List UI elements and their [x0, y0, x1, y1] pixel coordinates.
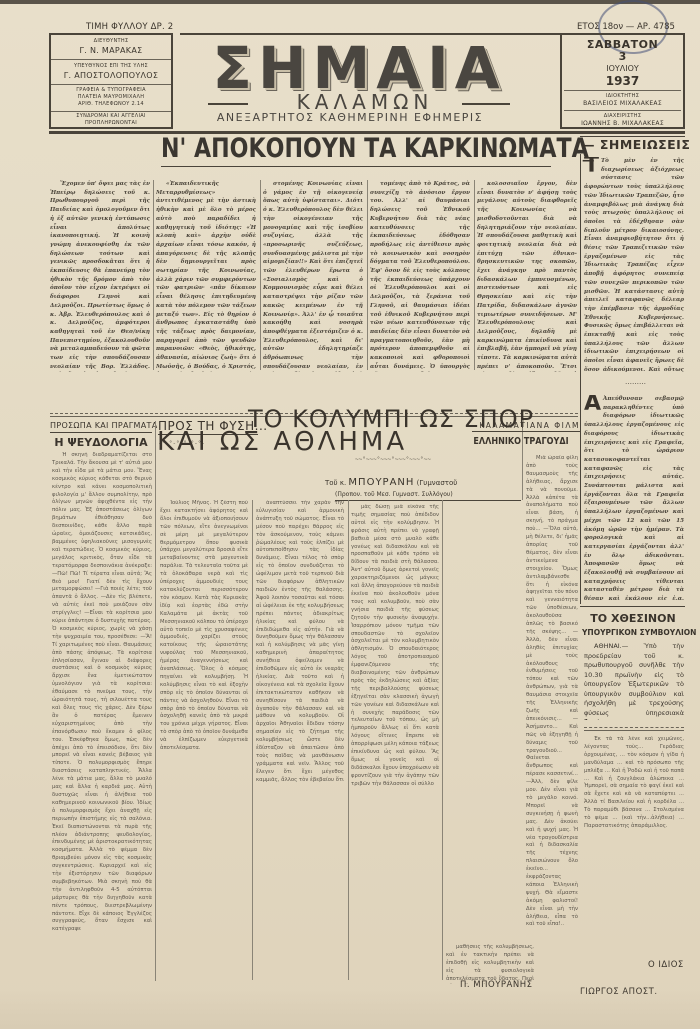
column-rule	[348, 500, 349, 980]
column-rule	[155, 421, 156, 981]
newspaper-title: ΣΗΜΑΙΑ	[208, 38, 510, 98]
swimming-col-4: μαθήσεις τῆς κολυμβήσεως, καὶ ἐν τακτικὴ…	[446, 944, 534, 984]
notes-left-rule	[580, 154, 581, 604]
swimming-byline: Τοῦ κ. ΜΠΟΥΡΑΝΗ (Γυμναστοῦ	[325, 477, 457, 488]
persons-rule	[50, 432, 152, 433]
column-rule	[474, 180, 475, 370]
film-rule	[472, 431, 580, 432]
lead-col-2-text: «Ἐκπαιδευτικῆς Μεταρρυθμίσεως» ἀντιτιθέμ…	[156, 180, 256, 372]
masthead-left-box: ΔΙΕΥΘΥΝΤΗΣ Γ. Ν. ΜΑΡΑΚΑΣ ΥΠΕΥΘΥΝΟΣ ΕΠΙ Τ…	[49, 33, 173, 129]
divider	[564, 90, 681, 91]
manager-name: ΙΩΑΝΝΗΣ Β. ΜΙΧΑΛΑΚΕΑΣ	[562, 120, 683, 128]
ministerial-title-2: ΥΠΟΥΡΓΙΚΟΝ ΣΥΜΒΟΥΛΙΟΝ	[582, 628, 684, 637]
poem-text: Ἐκ τὰ τὰ λένε καὶ χειμῶνες, λέγοντας τοὺ…	[584, 736, 684, 831]
ministerial-body-text: ΑΘΗΝΑΙ.— Ὑπὸ τὴν προεδρείαν τοῦ κ. πρωθυ…	[584, 642, 684, 720]
column-rule	[442, 500, 443, 980]
newspaper-page: ΤΙΜΗ ΦΥΛΛΟΥ ΔΡ. 2 ΔΙΕΥΘΥΝΤΗΣ Γ. Ν. ΜΑΡΑΚ…	[0, 0, 700, 1029]
owner-name: ΒΑΣΙΛΕΙΟΣ ΜΙΧΑΛΑΚΕΑΣ	[562, 100, 683, 108]
film-body-text: Μιὰ ὠραία φίλη ἀπὸ τοὺς θαυμασμοὺς τῆς ἀ…	[526, 455, 578, 929]
price-label: ΤΙΜΗ ΦΥΛΛΟΥ ΔΡ. 2	[86, 22, 173, 32]
byline-name: ΜΠΟΥΡΑΝΗ	[348, 477, 414, 488]
subtitle-rule-right	[462, 103, 510, 105]
persons-title: Η ΨΕΥΔΟΛΟΓΙΑ	[50, 436, 152, 449]
subs-line1: ΣΥΝΔΡΟΜΑΙ ΚΑΙ ΑΓΓΕΛΙΑΙ	[51, 113, 171, 120]
lead-col-4-text: τομένης ἀπὸ τὸ Κράτος, νὰ συνεχίζῃ τὸ ἀν…	[370, 180, 470, 372]
lead-col-4: τομένης ἀπὸ τὸ Κράτος, νὰ συνεχίζῃ τὸ ἀν…	[370, 180, 470, 372]
manager-label: ΔΙΑΧΕΙΡΙΣΤΗΣ	[562, 113, 683, 120]
film-section-label: ΚΑΛΑΜΑΤΙΑΝΑ ΦΙΛΜ	[472, 421, 580, 430]
ministerial-title-1: ΤΟ ΧΘΕΣΙΝΟΝ	[582, 612, 684, 625]
subs-line2: ΠΡΟΠΛΗΡΩΝΟΝΤΑΙ	[51, 120, 171, 127]
film-title: ΕΛΛΗΝΙΚΟ ΤΡΑΓΟΥΔΙ	[471, 436, 571, 447]
lead-col-5: κολοσσιαῖον ἔργον, δὲν εἶναι δυνατὸν ν' …	[477, 180, 577, 372]
paper-bottom-edge	[0, 990, 700, 1029]
persons-section-label: ΠΡΟΣΩΠΑ ΚΑΙ ΠΡΑΓΜΑΤΑ	[50, 421, 157, 430]
persons-body-text: Ἡ σκηνὴ διαδραματίζεται στο Τρικαλά. Τὴν…	[52, 452, 152, 934]
offices-address: ΠΛΑΤΕΙΑ ΜΑΥΡΟΜΙΧΑΛΗ	[51, 94, 171, 101]
director-name: Γ. Ν. ΜΑΡΑΚΑΣ	[51, 45, 171, 56]
issue-year: 1937	[562, 74, 683, 88]
lead-headline: Ν' ΑΠΟΚΟΠΟΥΝ ΤΑ ΚΑΡΚΙΝΩΜΑΤΑ	[161, 133, 423, 164]
swimming-col-4-text: μαθήσεις τῆς κολυμβήσεως, καὶ ἐν τακτικὴ…	[446, 944, 534, 984]
ornament-right: ~~°~~~°~~~°~~~°~~~°~~	[355, 456, 431, 463]
lead-col-5-text: κολοσσιαῖον ἔργον, δὲν εἶναι δυνατὸν ν' …	[477, 180, 577, 372]
swimming-title-line-2: ΚΑΙ ΩΣ ΑΘΛΗΜΑ	[157, 428, 407, 456]
swimming-col-3-text: μὰς δώσῃ μιὰ εἰκόνα τῆς τιμῆς σημασίας π…	[351, 504, 439, 789]
responsible-name: Γ. ΑΠΟΣΤΟΛΟΠΟΥΛΟΣ	[51, 70, 171, 81]
persons-body: Ἡ σκηνὴ διαδραματίζεται στο Τρικαλά. Τὴν…	[52, 452, 152, 990]
swimming-col-1-text: Ἰούλιος Μῆνας. Ἡ ζέστη ποὺ ἔχει κατακτήσ…	[160, 500, 248, 753]
divider	[564, 110, 681, 111]
ministerial-divider	[584, 727, 684, 731]
notes-separator: ………	[625, 378, 646, 386]
year-issue: ΕΤΟΣ 18ον — ΑΡ. 4785	[577, 22, 675, 32]
notes-para-1-text: Τὸ μὲν ἐν τῆς διαχωρίσεως ἀξιόχρεως σύστ…	[584, 158, 684, 375]
notes-para-2: ΑἈπεύθυνσαν σεβασμῷ παρακληθέντες ὑπὸ δι…	[584, 395, 684, 600]
newspaper-subtitle: ΚΑΛΑΜΩΝ	[242, 92, 488, 112]
ministerial-top-rule	[580, 606, 685, 607]
swimming-col-3: μὰς δώσῃ μιὰ εἰκόνα τῆς τιμῆς σημασίας π…	[351, 504, 439, 994]
newspaper-tagline: ΑΝΕΞΑΡΤΗΤΟΣ ΚΑΘΗΜΕΡΙΝΗ ΕΦΗΜΕΡΙΣ	[200, 111, 500, 124]
notes-para-1: ΤΤὸ μὲν ἐν τῆς διαχωρίσεως ἀξιόχρεως σύσ…	[584, 157, 684, 375]
swimming-byline-2: (Προπον. τοῦ Μεσ. Γυμναστ. Συλλόγου)	[335, 491, 453, 498]
swimming-col-1: Ἰούλιος Μῆνας. Ἡ ζέστη ποὺ ἔχει κατακτήσ…	[160, 500, 248, 990]
lead-col-1: Ἔχομεν ὑπ' ὄψει μας τὰς ἐν Ἠπείρῳ δηλώσε…	[50, 180, 150, 372]
page-edge	[0, 0, 700, 4]
film-body: Μιὰ ὠραία φίλη ἀπὸ τοὺς θαυμασμοὺς τῆς ἀ…	[526, 455, 578, 975]
lead-col-3: στομένης Κοινωνίας εἶναι ὁ γάμος ἐν τῇ ο…	[263, 180, 363, 372]
lead-col-3-text: στομένης Κοινωνίας εἶναι ὁ γάμος ἐν τῇ ο…	[263, 180, 363, 372]
dropcap-t: Τ	[584, 157, 599, 175]
swimming-col-2: ἀναπτύσσει τὴν χαρὰν τὴν εὐλυγισίαν καὶ …	[256, 500, 344, 990]
phone: ΑΡΙΘ. ΤΗΛΕΦΩΝΟΥ 2.14	[51, 101, 171, 108]
swimming-col-2-text: ἀναπτύσσει τὴν χαρὰν τὴν εὐλυγισίαν καὶ …	[256, 500, 344, 785]
ministerial-body: ΑΘΗΝΑΙ.— Ὑπὸ τὴν προεδρείαν τοῦ κ. πρωθυ…	[584, 642, 684, 720]
swimming-signature: Π. ΜΠΟΥΡΑΝΗΣ	[460, 980, 532, 990]
column-rule	[367, 180, 368, 370]
responsible-label: ΥΠΕΥΘΥΝΟΣ ΕΠΙ ΤΗΣ ΥΛΗΣ	[51, 63, 171, 70]
owner-label: ΙΔΙΟΚΤΗΤΗΣ	[562, 93, 683, 100]
offices-label: ΓΡΑΦΕΙΑ & ΤΥΠΟΓΡΑΦΕΙΑ	[51, 87, 171, 94]
column-rule	[260, 180, 261, 370]
director-cell: ΔΙΕΥΘΥΝΤΗΣ Γ. Ν. ΜΑΡΑΚΑΣ	[51, 35, 171, 60]
masthead-right-box: ΣΑΒΒΑΤΟΝ 3 ΙΟΥΛΙΟΥ 1937 ΙΔΙΟΚΤΗΤΗΣ ΒΑΣΙΛ…	[560, 33, 685, 129]
byline-affiliation: (Γυμναστοῦ	[417, 479, 458, 487]
responsible-cell: ΥΠΕΥΘΥΝΟΣ ΕΠΙ ΤΗΣ ΥΛΗΣ Γ. ΑΠΟΣΤΟΛΟΠΟΥΛΟΣ	[51, 60, 171, 85]
column-rule	[522, 420, 523, 500]
dropcap-a: Α	[584, 395, 601, 413]
byline-prefix: Τοῦ κ.	[325, 479, 346, 487]
column-rule	[153, 180, 154, 370]
offices-cell: ΓΡΑΦΕΙΑ & ΤΥΠΟΓΡΑΦΕΙΑ ΠΛΑΤΕΙΑ ΜΑΥΡΟΜΙΧΑΛ…	[51, 85, 171, 112]
byline-rule	[335, 500, 521, 501]
issue-date: 3	[562, 51, 683, 63]
lead-col-2: «Ἐκπαιδευτικῆς Μεταρρυθμίσεως» ἀντιτιθέμ…	[156, 180, 256, 372]
lead-col-1-text: Ἔχομεν ὑπ' ὄψει μας τὰς ἐν Ἠπείρῳ δηλώσε…	[50, 180, 150, 372]
issue-month: ΙΟΥΛΙΟΥ	[562, 63, 683, 74]
subs-cell: ΣΥΝΔΡΟΜΑΙ ΚΑΙ ΑΓΓΕΛΙΑΙ ΠΡΟΠΛΗΡΩΝΟΝΤΑΙ	[51, 112, 171, 127]
poem-body: Ἐκ τὰ τὰ λένε καὶ χειμῶνες, λέγοντας τοὺ…	[584, 736, 684, 958]
poem-signature: Ο ΙΔΙΟΣ	[648, 960, 684, 970]
director-label: ΔΙΕΥΘΥΝΤΗΣ	[51, 38, 171, 45]
headline-underline	[161, 166, 551, 167]
notes-para-2-text: Ἀπεύθυνσαν σεβασμῷ παρακληθέντες ὑπὸ δια…	[584, 396, 684, 600]
column-rule	[252, 500, 253, 980]
